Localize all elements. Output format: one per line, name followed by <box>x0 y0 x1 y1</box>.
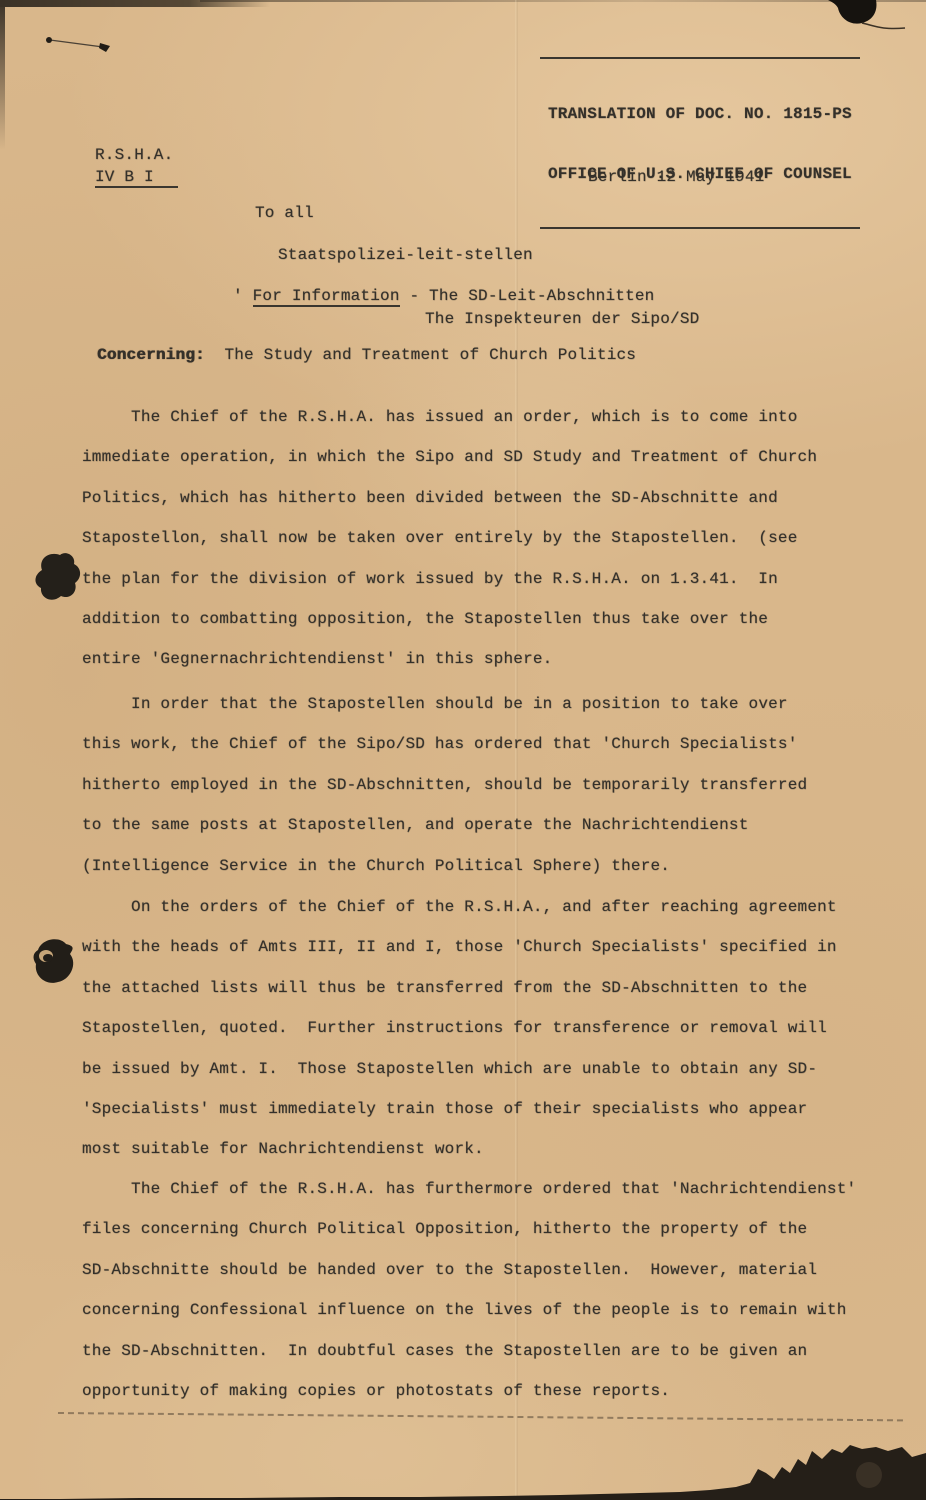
translation-stamp: TRANSLATION OF DOC. NO. 1815-PS OFFICE O… <box>540 57 860 229</box>
info-rest: - The SD-Leit-Abschnitten <box>400 287 655 305</box>
punch-hole-blot-upper <box>30 548 86 612</box>
info-mark: ' <box>233 287 253 305</box>
salutation: To all <box>255 204 314 222</box>
info-line-2: The Inspekteuren der Sipo/SD <box>425 310 699 328</box>
reference-org: R.S.H.A. <box>95 146 173 164</box>
top-edge-line <box>200 0 926 2</box>
concerning-text: The Study and Treatment of Church Politi… <box>224 346 636 364</box>
paragraph-1: The Chief of the R.S.H.A. has issued an … <box>82 397 882 680</box>
reference-dept-text: IV B I <box>95 168 178 188</box>
left-edge-shadow <box>0 0 5 150</box>
paragraph-4: The Chief of the R.S.H.A. has furthermor… <box>82 1169 882 1411</box>
torn-notch-top-right <box>820 0 926 40</box>
concerning-line: Concerning: The Study and Treatment of C… <box>97 346 636 364</box>
paragraph-3: On the orders of the Chief of the R.S.H.… <box>82 887 882 1170</box>
punch-hole-blot-lower <box>24 932 80 994</box>
concerning-label: Concerning: <box>97 346 205 364</box>
staple-mark <box>40 30 115 58</box>
recipient: Staatspolizei-leit-stellen <box>278 246 533 264</box>
concerning-spacer <box>205 346 225 364</box>
reference-dept: IV B I <box>95 168 178 188</box>
torn-bottom-edge <box>0 1435 926 1500</box>
paragraph-2: In order that the Stapostellen should be… <box>82 684 882 886</box>
scanned-document-page: TRANSLATION OF DOC. NO. 1815-PS OFFICE O… <box>0 0 926 1500</box>
horizontal-crease-line <box>58 1412 903 1421</box>
stamp-line-1: TRANSLATION OF DOC. NO. 1815-PS <box>548 104 860 124</box>
for-information-line: ' For Information - The SD-Leit-Abschnit… <box>233 287 654 305</box>
for-information-label: For Information <box>253 287 400 307</box>
dateline: Berlin 12 May 1941 <box>588 168 764 186</box>
